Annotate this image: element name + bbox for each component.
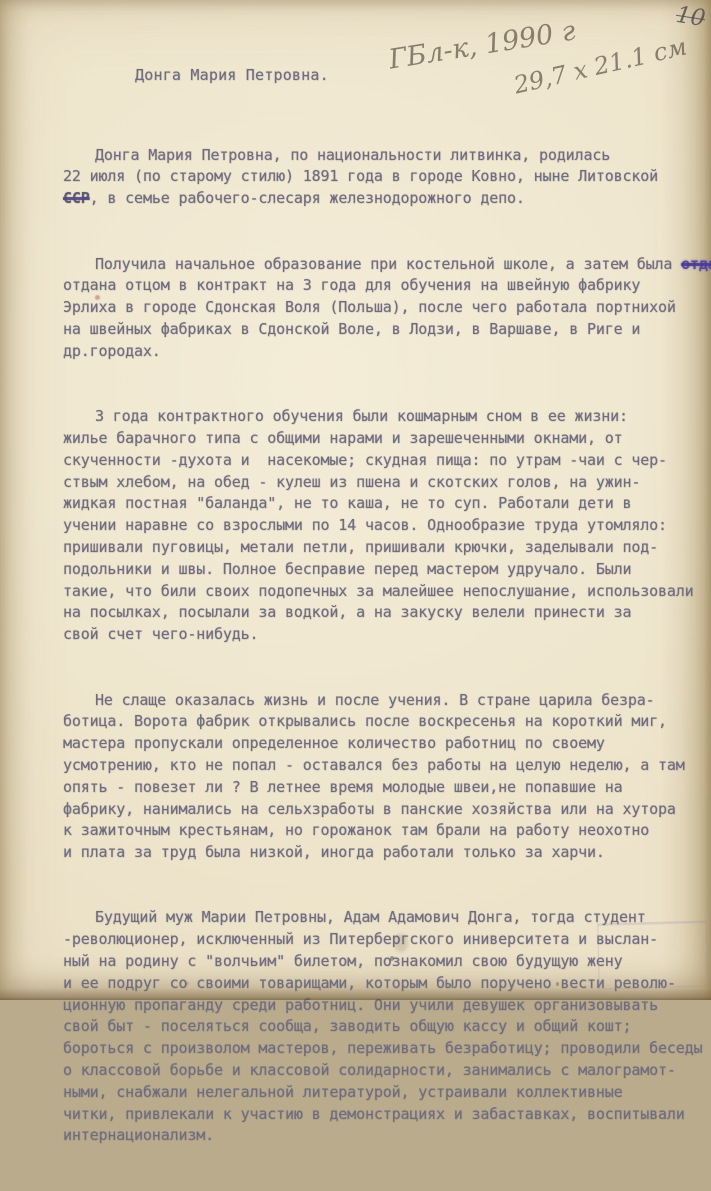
paragraph-birth-text-end: , в семье рабочего-слесаря железнодорожн… [90, 189, 525, 207]
document-page: ГБл-к, 1990 г 29,7 х 21.1 см 10 Донга Ма… [0, 0, 711, 1000]
struck-out-word-otda: отда [681, 255, 711, 273]
paragraph-education: Получила начальное образование при косте… [63, 254, 711, 363]
document-body: Донга Мария Петровна, по национальности … [63, 101, 711, 1000]
paragraph-apprenticeship: 3 года контрактного обучения были кошмар… [63, 406, 711, 646]
paragraph-birth-text: Донга Мария Петровна, по национальности … [63, 146, 658, 186]
paragraph-education-text: Получила начальное образование при косте… [95, 255, 681, 273]
paragraph-education-text-end: отдана отцом в контракт на 3 года для об… [63, 276, 676, 359]
page-number: 10 [674, 2, 707, 32]
page-bottom-shadow [0, 988, 711, 1000]
document-title: Донга Мария Петровна. [135, 66, 329, 84]
paragraph-unemployment: Не слаще оказалась жизнь и после учения.… [63, 690, 711, 864]
paragraph-birth: Донга Мария Петровна, по национальности … [63, 145, 711, 210]
struck-out-word-ssr: ССР [63, 189, 90, 207]
archive-stamp [597, 921, 709, 990]
